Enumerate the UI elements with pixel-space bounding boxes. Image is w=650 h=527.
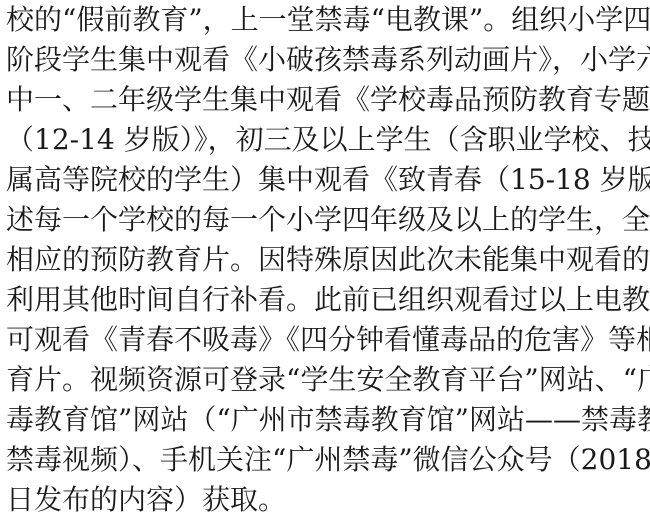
- text-line: （12-14 岁版）》，初三及以上学生（含职业学校、技师院校、市: [6, 120, 644, 160]
- text-line: 育片。视频资源可登录“学生安全教育平台”网站、“广州市禁: [6, 360, 644, 400]
- text-line: 校的“假前教育”，上一堂禁毒“电教课”。组织小学四、五年级: [6, 0, 644, 40]
- text-line: 相应的预防教育片。因特殊原因此次未能集中观看的，要求他们: [6, 240, 644, 280]
- text-line: 述每一个学校的每一个小学四年级及以上的学生，全部都要看过: [6, 200, 644, 240]
- text-line: 日发布的内容）获取。: [6, 480, 644, 520]
- text-line: 属高等院校的学生）集中观看《致青春（15-18 岁版）》，务求上: [6, 160, 644, 200]
- text-line: 阶段学生集中观看《小破孩禁毒系列动画片》，小学六年级及初: [6, 40, 644, 80]
- text-line: 毒教育馆”网站（“广州市禁毒教育馆”网站——禁毒教育——: [6, 400, 644, 440]
- text-line: 可观看《青春不吸毒》《四分钟看懂毒品的危害》等相关禁毒教: [6, 320, 644, 360]
- text-line: 禁毒视频）、手机关注“广州禁毒”微信公众号（2018 年 1 月 4: [6, 440, 644, 480]
- document-body: 校的“假前教育”，上一堂禁毒“电教课”。组织小学四、五年级 阶段学生集中观看《小…: [6, 0, 650, 520]
- text-line: 利用其他时间自行补看。此前已组织观看过以上电教片的学校，: [6, 280, 644, 320]
- text-line: 中一、二年级学生集中观看《学校毒品预防教育专题片：致青春: [6, 80, 644, 120]
